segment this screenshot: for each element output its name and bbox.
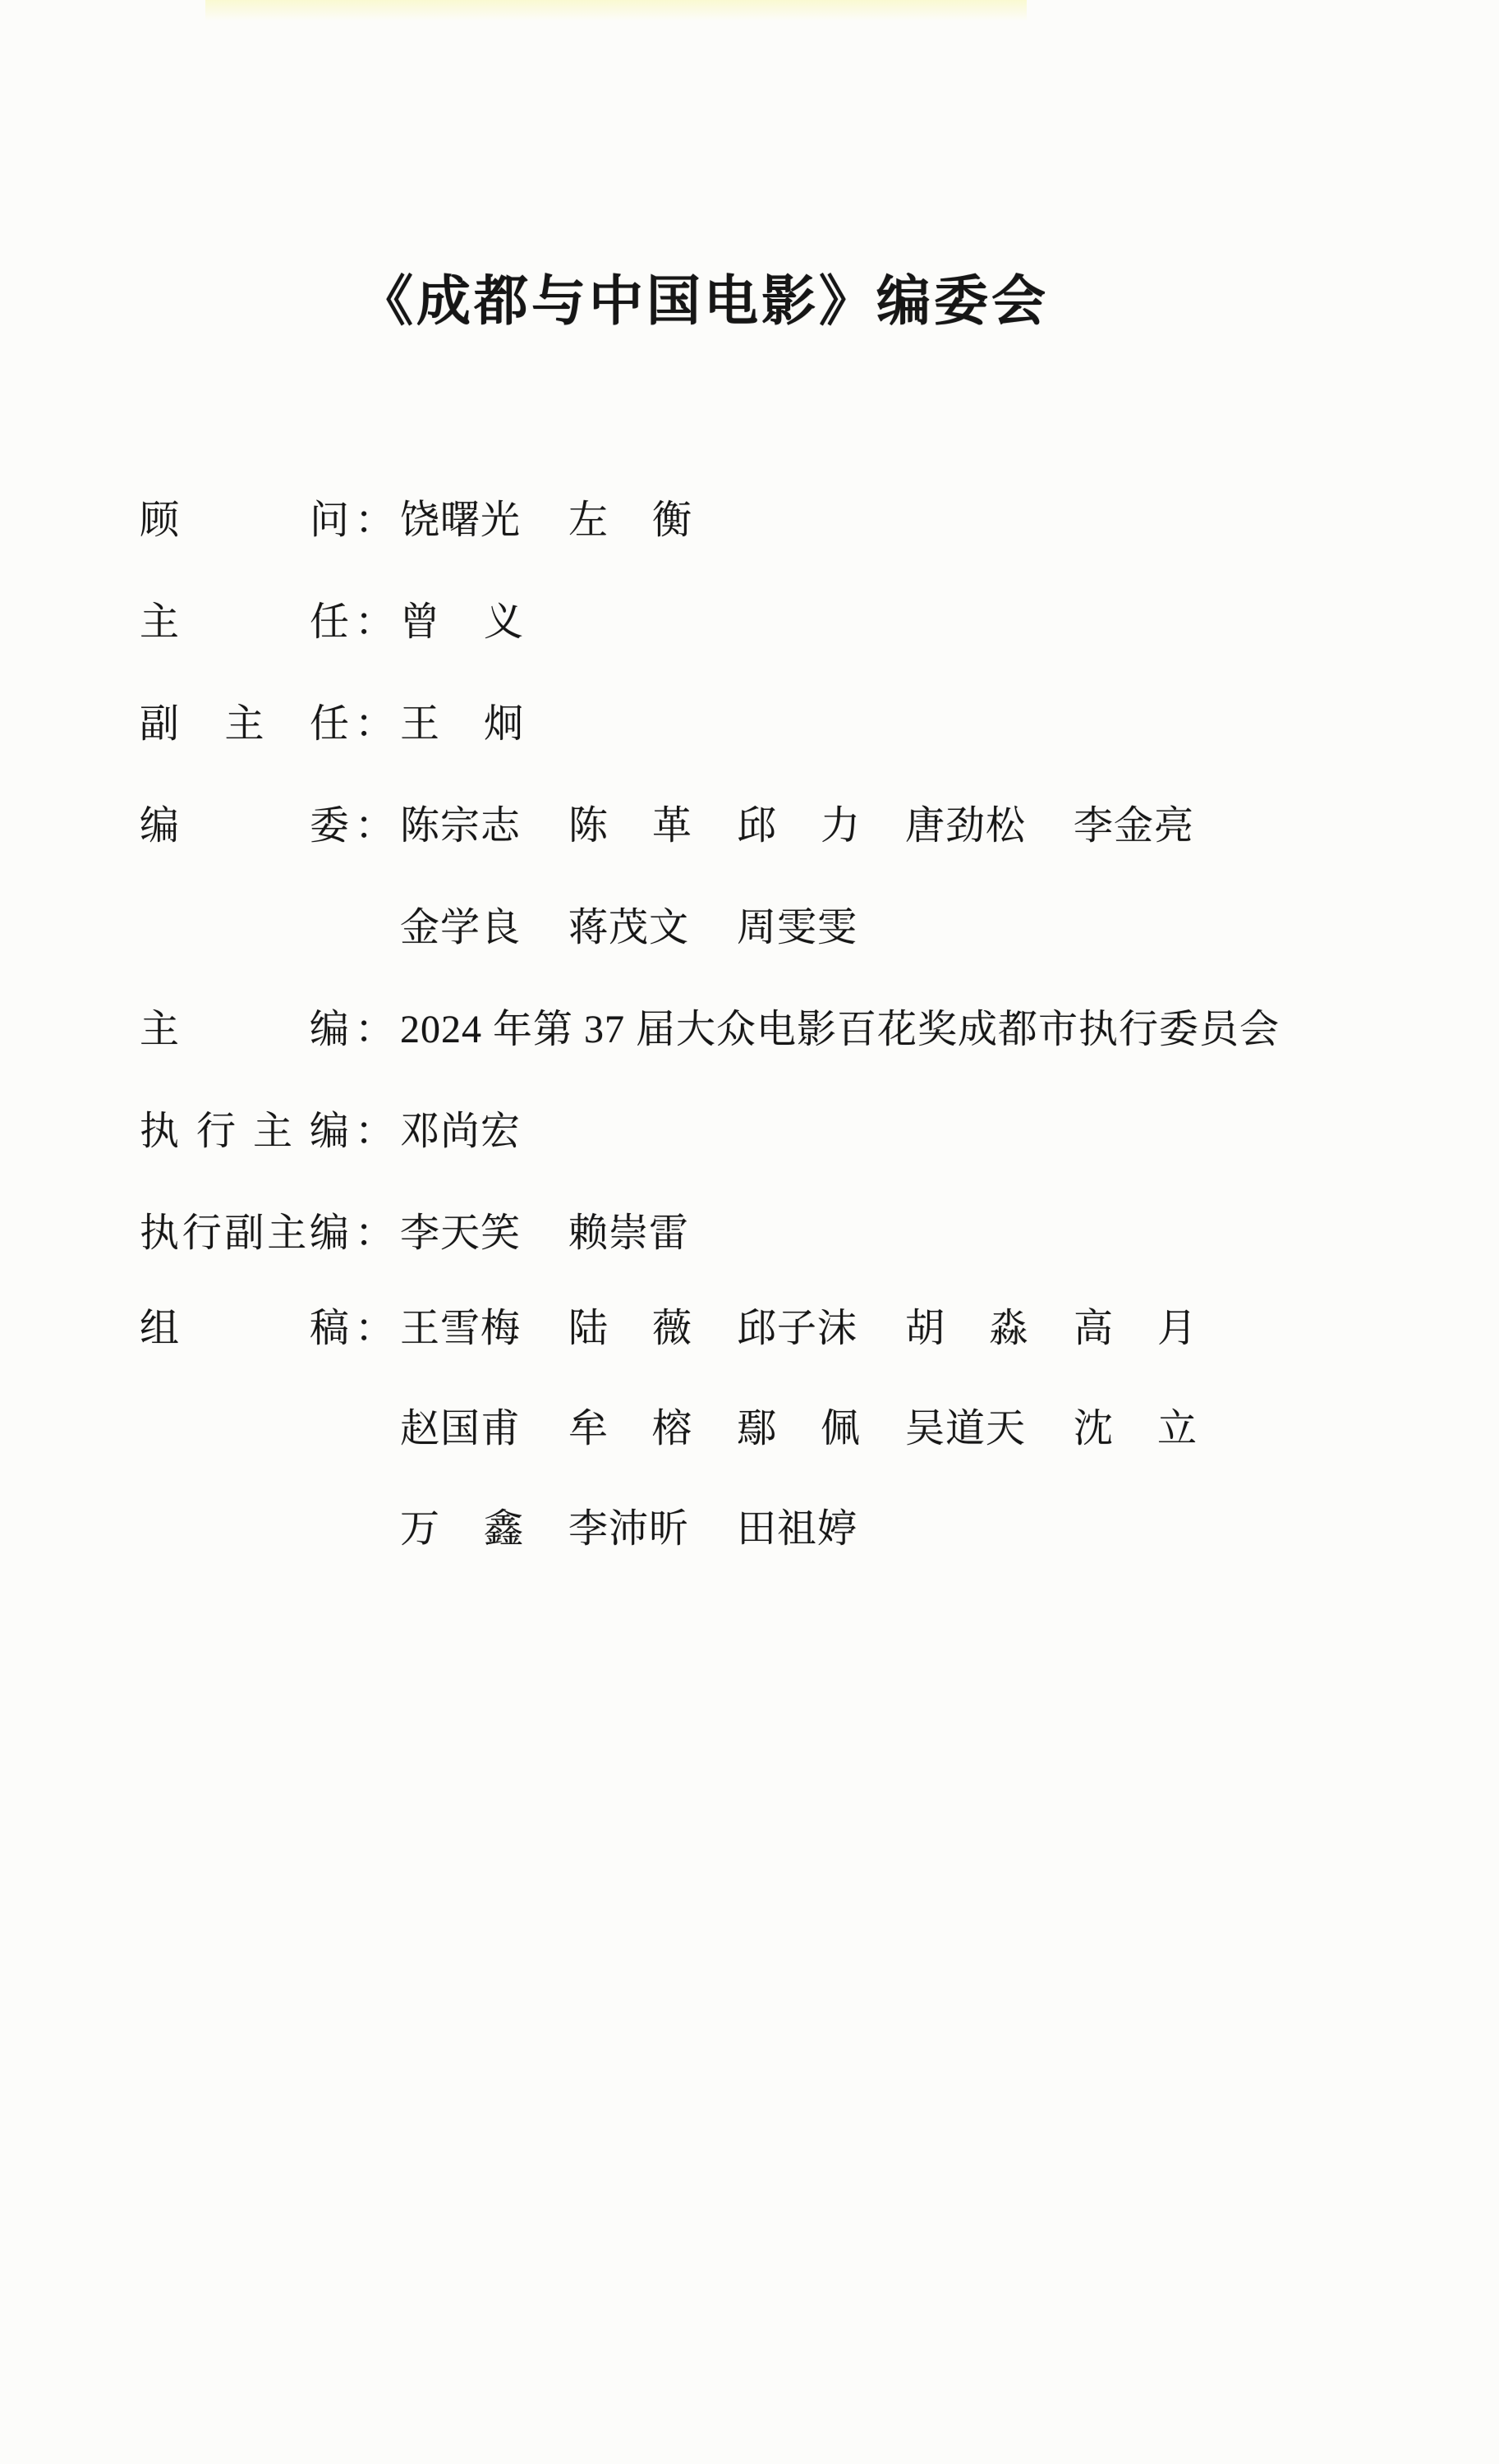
row-names: 邓尚宏 [400,1109,523,1154]
member-name-char: 曾 [400,600,439,645]
member-name-char: 力 [821,803,860,848]
member-name-char: 左 [568,498,608,543]
row-label: 主编 [140,1007,349,1052]
member-name-char: 王 [400,701,439,747]
row-label-char: 编 [310,1211,349,1256]
row-colon: ： [349,701,400,747]
member-name: 陈宗志 [400,803,523,848]
row-names: 曾义 [400,600,523,645]
member-name: 王炯 [400,701,523,747]
row-colon: ： [349,1007,400,1052]
row-label: 顾问 [140,498,349,543]
row-label-char: 主 [224,701,264,747]
doc-title: 《成都与中国电影》编委会 [0,269,1408,334]
member-name: 陆薇 [568,1306,692,1351]
row-label-char: 任 [310,600,349,645]
committee-line-6-0: 执行副主编：李天笑赖崇雷 [140,1211,692,1256]
member-name: 李天笑 [400,1211,523,1256]
member-name: 赖崇雷 [568,1211,692,1256]
member-name: 邱子沫 [737,1306,860,1351]
row-names: 赵国甫牟榕鄢佩吴道天沈立 [400,1406,1197,1451]
member-name-char: 牟 [568,1406,608,1451]
row-names: 陈宗志陈革邱力唐劲松李金亮 [400,803,1197,848]
member-name-char: 月 [1157,1306,1197,1351]
committee-line-4-0: 主编：2024 年第 37 届大众电影百花奖成都市执行委员会 [140,1007,1280,1052]
row-colon: ： [349,803,400,848]
row-names: 万鑫李沛昕田祖婷 [400,1506,860,1551]
member-name-char: 立 [1157,1406,1197,1451]
member-name: 2024 年第 37 届大众电影百花奖成都市执行委员会 [400,1007,1280,1052]
member-name-char: 胡 [905,1306,945,1351]
member-name-char: 衡 [652,498,692,543]
row-label-char: 编 [310,1007,349,1052]
member-name-char: 鑫 [484,1506,523,1551]
member-name: 高月 [1074,1306,1197,1351]
member-name: 田祖婷 [737,1506,860,1551]
member-name-char: 佩 [821,1406,860,1451]
row-label-char: 任 [310,701,349,747]
committee-line-5-0: 执行主编：邓尚宏 [140,1109,523,1154]
member-name: 李金亮 [1074,803,1197,848]
row-names: 李天笑赖崇雷 [400,1211,692,1256]
row-colon: ： [349,1109,400,1154]
row-names: 王炯 [400,701,523,747]
member-name: 王雪梅 [400,1306,523,1351]
row-label-char: 组 [140,1306,179,1351]
member-name: 万鑫 [400,1506,523,1551]
row-label-char: 主 [267,1211,306,1256]
member-name: 蒋茂文 [568,905,692,950]
member-name-char: 万 [400,1506,439,1551]
row-label: 组稿 [140,1306,349,1351]
committee-line-3-0: 编委：陈宗志陈革邱力唐劲松李金亮 [140,803,1197,848]
member-name: 吴道天 [905,1406,1028,1451]
member-name-char: 炯 [484,701,523,747]
member-name: 牟榕 [568,1406,692,1451]
member-name: 陈革 [568,803,692,848]
member-name-char: 淼 [989,1306,1028,1351]
row-label-char: 委 [310,803,349,848]
member-name-char: 鄢 [737,1406,776,1451]
row-names: 金学良蒋茂文周雯雯 [400,905,860,950]
row-label-char: 主 [253,1109,292,1154]
row-label-char: 主 [140,600,179,645]
committee-line-7-1: 赵国甫牟榕鄢佩吴道天沈立 [140,1406,1197,1451]
row-label-char: 副 [140,701,179,747]
row-label: 编委 [140,803,349,848]
row-colon: ： [349,1211,400,1256]
row-label-char: 副 [224,1211,264,1256]
member-name-char: 陈 [568,803,608,848]
row-names: 2024 年第 37 届大众电影百花奖成都市执行委员会 [400,1007,1280,1052]
committee-line-3-1: 金学良蒋茂文周雯雯 [140,905,860,950]
member-name: 赵国甫 [400,1406,523,1451]
row-label-char: 行 [196,1109,236,1154]
committee-line-0-0: 顾问：饶曙光左衡 [140,498,692,543]
committee-line-7-0: 组稿：王雪梅陆薇邱子沫胡淼高月 [140,1306,1197,1351]
row-label: 执行主编 [140,1109,349,1154]
row-label-char: 编 [140,803,179,848]
row-label: 执行副主编 [140,1211,349,1256]
row-label-char: 问 [310,498,349,543]
row-colon: ： [349,1306,400,1351]
member-name: 胡淼 [905,1306,1028,1351]
member-name: 饶曙光 [400,498,523,543]
row-label-char: 主 [140,1007,179,1052]
row-colon: ： [349,600,400,645]
row-label: 副主任 [140,701,349,747]
member-name: 左衡 [568,498,692,543]
committee-line-2-0: 副主任：王炯 [140,701,523,747]
member-name-char: 革 [652,803,692,848]
row-label: 主任 [140,600,349,645]
member-name: 唐劲松 [905,803,1028,848]
row-label-char: 行 [182,1211,222,1256]
row-colon: ： [349,498,400,543]
member-name-char: 陆 [568,1306,608,1351]
row-label-char: 编 [310,1109,349,1154]
member-name: 金学良 [400,905,523,950]
member-name: 沈立 [1074,1406,1197,1451]
member-name-char: 榕 [652,1406,692,1451]
member-name: 鄢佩 [737,1406,860,1451]
member-name-char: 高 [1074,1306,1113,1351]
row-label-char: 顾 [140,498,179,543]
member-name: 邱力 [737,803,860,848]
scan-edge-tint [205,0,1027,21]
row-names: 王雪梅陆薇邱子沫胡淼高月 [400,1306,1197,1351]
member-name: 周雯雯 [737,905,860,950]
member-name-char: 义 [484,600,523,645]
document-page: 《成都与中国电影》编委会 顾问：饶曙光左衡主任：曾义副主任：王炯编委：陈宗志陈革… [0,0,1499,2464]
member-name-char: 薇 [652,1306,692,1351]
committee-line-1-0: 主任：曾义 [140,600,523,645]
member-name: 曾义 [400,600,523,645]
row-label-char: 执 [140,1109,179,1154]
member-name-char: 沈 [1074,1406,1113,1451]
row-label-char: 执 [140,1211,179,1256]
committee-line-7-2: 万鑫李沛昕田祖婷 [140,1506,860,1551]
row-names: 饶曙光左衡 [400,498,692,543]
member-name: 李沛昕 [568,1506,692,1551]
member-name-char: 邱 [737,803,776,848]
row-label-char: 稿 [310,1306,349,1351]
member-name: 邓尚宏 [400,1109,523,1154]
